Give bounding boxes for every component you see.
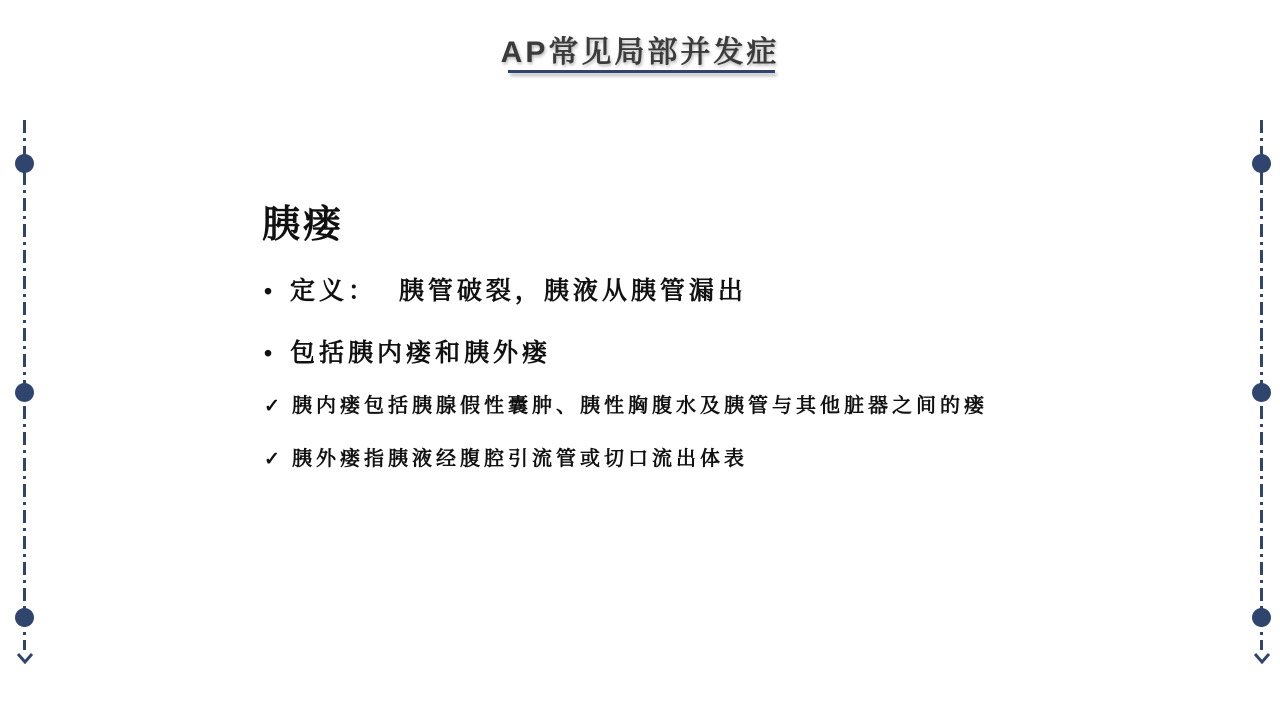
divider-dot: [1252, 154, 1271, 173]
divider-dot: [15, 608, 34, 627]
bullet-text: 包括胰内瘘和胰外瘘: [290, 338, 551, 368]
presentation-slide: AP常见局部并发症 胰瘘 • 定义： 胰管破裂，胰液从胰管漏出 • 包括胰内瘘和…: [0, 0, 1280, 720]
check-item: ✓ 胰外瘘指胰液经腹腔引流管或切口流出体表: [264, 447, 748, 472]
bullet-item: • 定义： 胰管破裂，胰液从胰管漏出: [264, 276, 747, 306]
section-heading: 胰瘘: [262, 193, 344, 248]
check-item: ✓ 胰内瘘包括胰腺假性囊肿、胰性胸腹水及胰管与其他脏器之间的瘘: [264, 394, 988, 419]
slide-title: AP常见局部并发症: [0, 27, 1280, 71]
title-underline: [508, 70, 775, 73]
checkmark-icon: ✓: [264, 447, 292, 472]
bullet-text: 定义： 胰管破裂，胰液从胰管漏出: [290, 276, 747, 306]
check-text: 胰外瘘指胰液经腹腔引流管或切口流出体表: [292, 447, 748, 472]
checkmark-icon: ✓: [264, 394, 292, 419]
bullet-marker: •: [264, 276, 290, 306]
arrow-down-icon: [1253, 652, 1271, 664]
divider-dot: [1252, 608, 1271, 627]
bullet-marker: •: [264, 338, 290, 368]
divider-dot: [15, 383, 34, 402]
left-divider: [1, 0, 49, 720]
divider-dot: [15, 154, 34, 173]
arrow-down-icon: [16, 652, 34, 664]
bullet-item: • 包括胰内瘘和胰外瘘: [264, 338, 551, 368]
right-divider: [1238, 0, 1280, 720]
check-text: 胰内瘘包括胰腺假性囊肿、胰性胸腹水及胰管与其他脏器之间的瘘: [292, 394, 988, 419]
divider-dot: [1252, 383, 1271, 402]
